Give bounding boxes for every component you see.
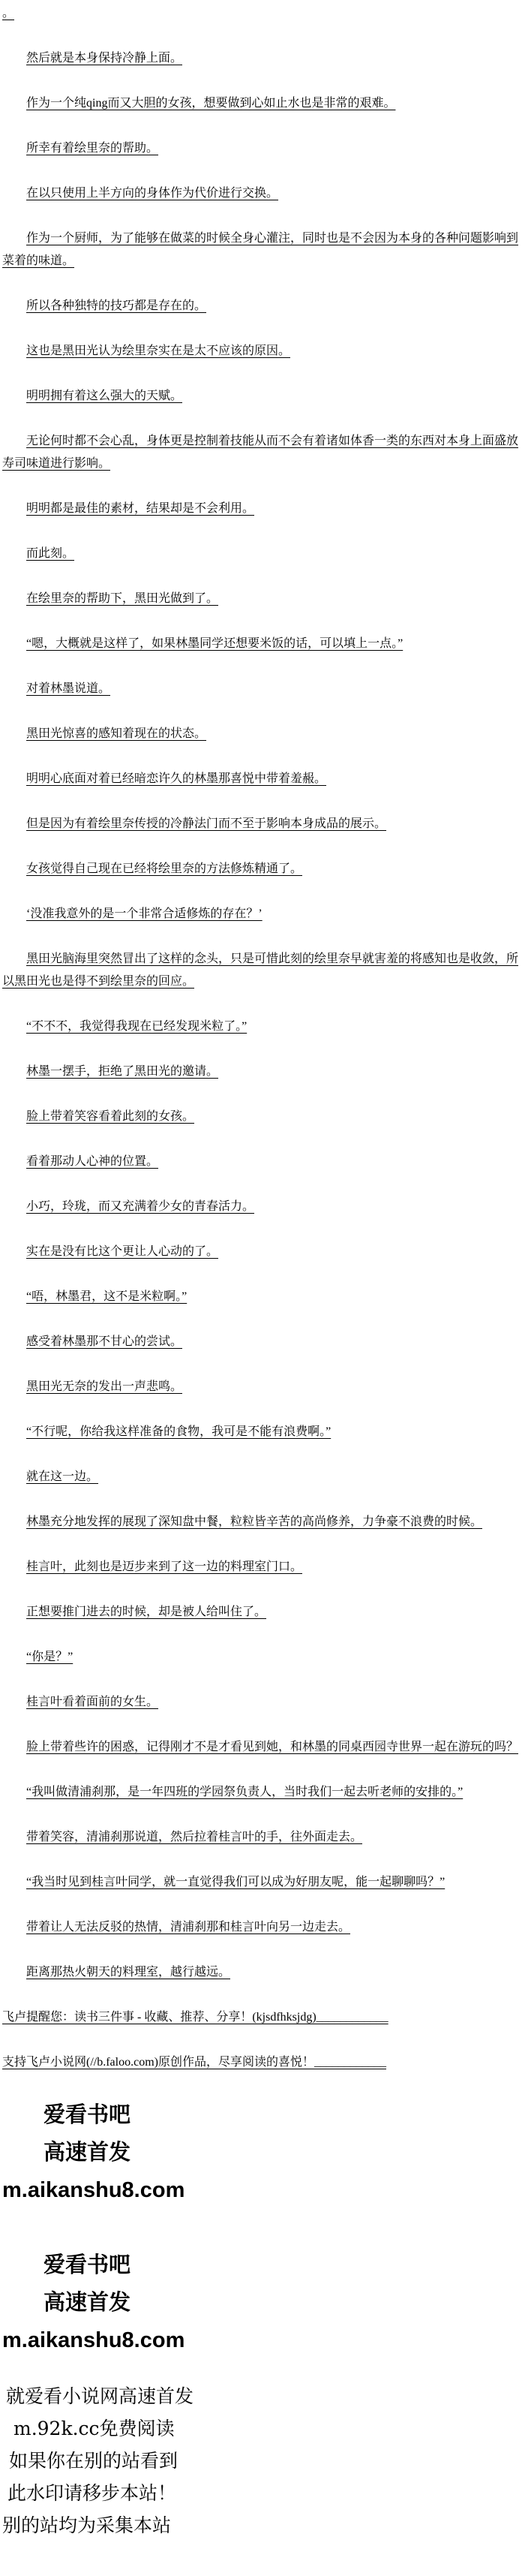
novel-paragraph: 正想要推门进去的时候，却是被人给叫住了。 xyxy=(2,1601,523,1624)
novel-paragraph: 脸上带着些许的困惑，记得刚才不是才看见到她，和林墨的同桌西园寺世界一起在游玩的吗… xyxy=(2,1736,523,1759)
novel-paragraph: 脸上带着笑容看着此刻的女孩。 xyxy=(2,1106,523,1128)
novel-paragraph: 作为一个厨师，为了能够在做菜的时候全身心灌注，同时也是不会因为本身的各种问题影响… xyxy=(2,227,523,272)
novel-paragraph: 但是因为有着绘里奈传授的冷静法门而不至于影响本身成品的展示。 xyxy=(2,813,523,835)
novel-paragraph: 黑田光惊喜的感知着现在的状态。 xyxy=(2,723,523,745)
novel-paragraph: 实在是没有比这个更让人心动的了。 xyxy=(2,1241,523,1263)
novel-reader-page: { "page": { "background_color": "#ffffff… xyxy=(0,0,525,2576)
chapter-content: 。然后就是本身保持冷静上面。作为一个纯qing而又大胆的女孩，想要做到心如止水也… xyxy=(0,0,525,2074)
novel-paragraph: 小巧，玲珑，而又充满着少女的青春活力。 xyxy=(2,1196,523,1218)
promo-tagline: 高速首发 xyxy=(0,2284,525,2322)
novel-paragraph: 明明都是最佳的素材，结果却是不会利用。 xyxy=(2,498,523,520)
watermark-line: 就爱看小说网高速首发 xyxy=(0,2380,525,2412)
novel-paragraph: 在绘里奈的帮助下，黑田光做到了。 xyxy=(2,588,523,610)
watermark-line: 此水印请移步本站！ xyxy=(0,2477,525,2509)
novel-paragraph: 在以只使用上半方向的身体作为代价进行交换。 xyxy=(2,182,523,205)
novel-paragraph: 林墨一摆手，拒绝了黑田光的邀请。 xyxy=(2,1061,523,1083)
novel-paragraph: 。 xyxy=(2,2,523,25)
novel-paragraph: “你是？” xyxy=(2,1646,523,1669)
novel-paragraph: “唔，林墨君，这不是米粒啊。” xyxy=(2,1286,523,1308)
novel-paragraph: 然后就是本身保持冷静上面。 xyxy=(2,47,523,70)
novel-paragraph: 桂言叶看着面前的女生。 xyxy=(2,1691,523,1714)
novel-paragraph: 桂言叶，此刻也是迈步来到了这一边的料理室门口。 xyxy=(2,1556,523,1578)
novel-paragraph: 飞卢提醒您：读书三件事 - 收藏、推荐、分享！(kjsdfhksjdg)____… xyxy=(2,2006,523,2029)
promo-site-name: 爱看书吧 xyxy=(0,2246,525,2284)
novel-paragraph: “不行呢，你给我这样准备的食物，我可是不能有浪费啊。” xyxy=(2,1421,523,1443)
novel-paragraph: 支持飞卢小说网(//b.faloo.com)原创作品，尽享阅读的喜悦！_____… xyxy=(2,2051,523,2074)
novel-paragraph: 带着笑容，清浦刹那说道，然后拉着桂言叶的手，往外面走去。 xyxy=(2,1826,523,1849)
novel-paragraph: 所幸有着绘里奈的帮助。 xyxy=(2,137,523,160)
novel-paragraph: 带着让人无法反驳的热情，清浦刹那和桂言叶向另一边走去。 xyxy=(2,1916,523,1939)
promo-block: 爱看书吧高速首发m.aikanshu8.com xyxy=(0,2096,525,2209)
novel-paragraph: “我当时见到桂言叶同学，就一直觉得我们可以成为好朋友呢，能一起聊聊吗？” xyxy=(2,1871,523,1894)
novel-paragraph: 黑田光脑海里突然冒出了这样的念头，只是可惜此刻的绘里奈早就害羞的将感知也是收敛，… xyxy=(2,948,523,993)
watermark-line: m.92k.cc免费阅读 xyxy=(0,2412,525,2445)
novel-paragraph: 作为一个纯qing而又大胆的女孩，想要做到心如止水也是非常的艰难。 xyxy=(2,92,523,115)
novel-paragraph: 明明心底面对着已经暗恋许久的林墨那喜悦中带着羞赧。 xyxy=(2,768,523,790)
novel-paragraph: 看着那动人心神的位置。 xyxy=(2,1151,523,1173)
novel-paragraph: 就在这一边。 xyxy=(2,1466,523,1488)
novel-paragraph: 女孩觉得自己现在已经将绘里奈的方法修炼精通了。 xyxy=(2,858,523,880)
novel-paragraph: 而此刻。 xyxy=(2,543,523,565)
watermark-line: 别的站均为采集本站 xyxy=(0,2509,525,2541)
promo-block: 爱看书吧高速首发m.aikanshu8.com xyxy=(0,2246,525,2359)
novel-paragraph: 这也是黑田光认为绘里奈实在是太不应该的原因。 xyxy=(2,340,523,363)
promo-site-name: 爱看书吧 xyxy=(0,2096,525,2134)
novel-paragraph: 明明拥有着这么强大的天赋。 xyxy=(2,385,523,408)
anti-piracy-watermark: 就爱看小说网高速首发m.92k.cc免费阅读如果你在别的站看到此水印请移步本站！… xyxy=(0,2380,525,2541)
novel-paragraph: “不不不，我觉得我现在已经发现米粒了。” xyxy=(2,1016,523,1038)
novel-paragraph: “嗯，大概就是这样了，如果林墨同学还想要米饭的话，可以填上一点。” xyxy=(2,633,523,655)
novel-paragraph: ‘没准我意外的是一个非常合适修炼的存在？’ xyxy=(2,903,523,925)
novel-paragraph: “我叫做清浦刹那，是一年四班的学园祭负责人，当时我们一起去听老师的安排的。” xyxy=(2,1781,523,1804)
novel-paragraph: 距离那热火朝天的料理室，越行越远。 xyxy=(2,1961,523,1984)
novel-paragraph: 黑田光无奈的发出一声悲鸣。 xyxy=(2,1376,523,1398)
promo-site-url: m.aikanshu8.com xyxy=(0,2171,525,2209)
novel-paragraph: 无论何时都不会心乱，身体更是控制着技能从而不会有着诸如体香一类的东西对本身上面盛… xyxy=(2,430,523,475)
promo-tagline: 高速首发 xyxy=(0,2134,525,2171)
site-promo: 爱看书吧高速首发m.aikanshu8.com爱看书吧高速首发m.aikansh… xyxy=(0,2096,525,2359)
promo-site-url: m.aikanshu8.com xyxy=(0,2322,525,2359)
novel-paragraph: 所以各种独特的技巧都是存在的。 xyxy=(2,295,523,317)
novel-paragraph: 林墨充分地发挥的展现了深知盘中餐，粒粒皆辛苦的高尚修养，力争豪不浪费的时候。 xyxy=(2,1511,523,1533)
novel-paragraph: 感受着林墨那不甘心的尝试。 xyxy=(2,1331,523,1353)
watermark-line: 如果你在别的站看到 xyxy=(0,2445,525,2477)
novel-paragraph: 对着林墨说道。 xyxy=(2,678,523,700)
